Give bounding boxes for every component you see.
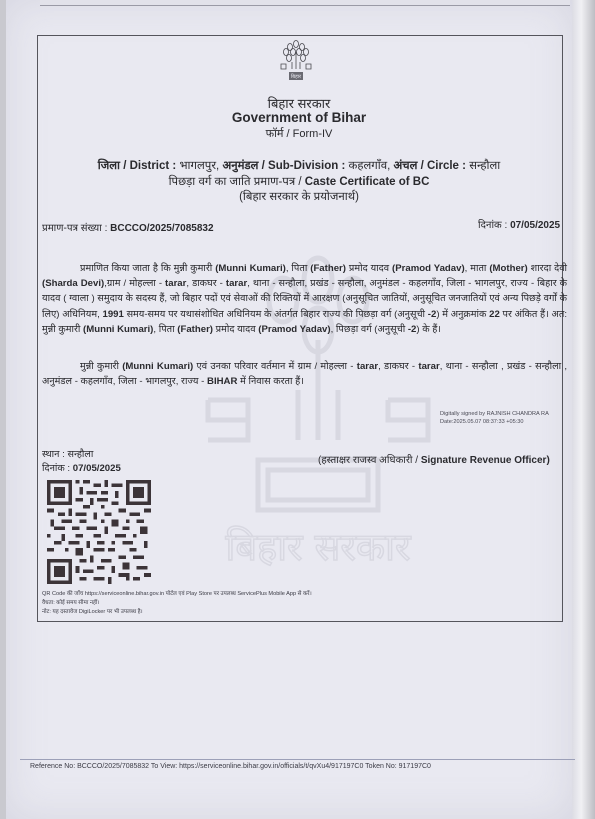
header-title-english: Government of Bihar: [37, 110, 561, 125]
reference-footer: Reference No: BCCCO/2025/7085832 To View…: [30, 763, 431, 770]
circle-value: सन्हौला: [469, 160, 500, 172]
validity-note: वैधता: कोई समय सीमा नहीं।: [42, 599, 312, 608]
svg-text:बिहार: बिहार: [291, 73, 302, 80]
subdivision-label: अनुमंडल / Sub-Division :: [222, 160, 345, 172]
certification-paragraph: प्रमाणित किया जाता है कि मुन्नी कुमारी (…: [42, 261, 567, 337]
jurisdiction-line: जिला / District : भागलपुर, अनुमंडल / Sub…: [37, 158, 561, 173]
digilocker-note: नोट: यह दस्तावेज DigiLocker पर भी उपलब्ध…: [42, 608, 312, 617]
district-label: जिला / District :: [98, 160, 177, 172]
signature-label-hindi: (हस्ताक्षर राजस्व अधिकारी /: [318, 455, 421, 466]
footer-divider: [20, 759, 575, 760]
bihar-emblem-icon: बिहार: [276, 38, 316, 82]
district-value: भागलपुर,: [179, 160, 219, 172]
issue-date-value: 07/05/2025: [73, 463, 121, 474]
qr-code-icon[interactable]: [47, 480, 151, 584]
certificate-date-label: दिनांक :: [478, 220, 507, 231]
certificate-number: प्रमाण-पत्र संख्या : BCCCO/2025/7085832: [42, 220, 214, 234]
signature-label-english: Signature Revenue Officer): [421, 455, 550, 466]
certificate-type: पिछड़ा वर्ग का जाति प्रमाण-पत्र / Caste …: [37, 174, 561, 189]
page-fold: [40, 0, 570, 6]
qr-note: QR Code की जाँच https://serviceonline.bi…: [42, 590, 312, 617]
qr-verification-note: QR Code की जाँच https://serviceonline.bi…: [42, 590, 312, 599]
certificate-date: दिनांक : 07/05/2025: [478, 217, 560, 231]
certificate-type-english: Caste Certificate of BC: [305, 176, 430, 188]
certificate-date-value: 07/05/2025: [510, 220, 560, 231]
issue-date-label: दिनांक :: [42, 463, 70, 474]
subdivision-value: कहलगाँव,: [349, 160, 391, 172]
place-label: स्थान :: [42, 449, 65, 460]
place-value: सन्हौला: [67, 449, 93, 460]
page-edge: [572, 0, 595, 819]
certificate-purpose: (बिहार सरकार के प्रयोजनार्थ): [37, 189, 561, 204]
digital-signature-date: Date:2025.05.07 08:37:33 +05:30: [440, 418, 549, 426]
certificate-number-value: BCCCO/2025/7085832: [110, 223, 213, 234]
signature-label: (हस्ताक्षर राजस्व अधिकारी / Signature Re…: [318, 452, 550, 466]
certificate-number-label: प्रमाण-पत्र संख्या :: [42, 223, 107, 234]
digital-signature: Digitally signed by RAJNISH CHANDRA RA D…: [440, 410, 549, 426]
place-date-block: स्थान : सन्हौला दिनांक : 07/05/2025: [42, 448, 121, 476]
form-label: फॉर्म / Form-IV: [37, 126, 561, 141]
svg-text:बिहार सरकार: बिहार सरकार: [226, 525, 412, 569]
certificate-type-hindi: पिछड़ा वर्ग का जाति प्रमाण-पत्र /: [169, 176, 302, 188]
residence-paragraph: मुन्नी कुमारी (Munni Kumari) एवं उनका पर…: [42, 359, 567, 389]
digital-signature-signer: Digitally signed by RAJNISH CHANDRA RA: [440, 410, 549, 418]
circle-label: अंचल / Circle :: [394, 160, 466, 172]
